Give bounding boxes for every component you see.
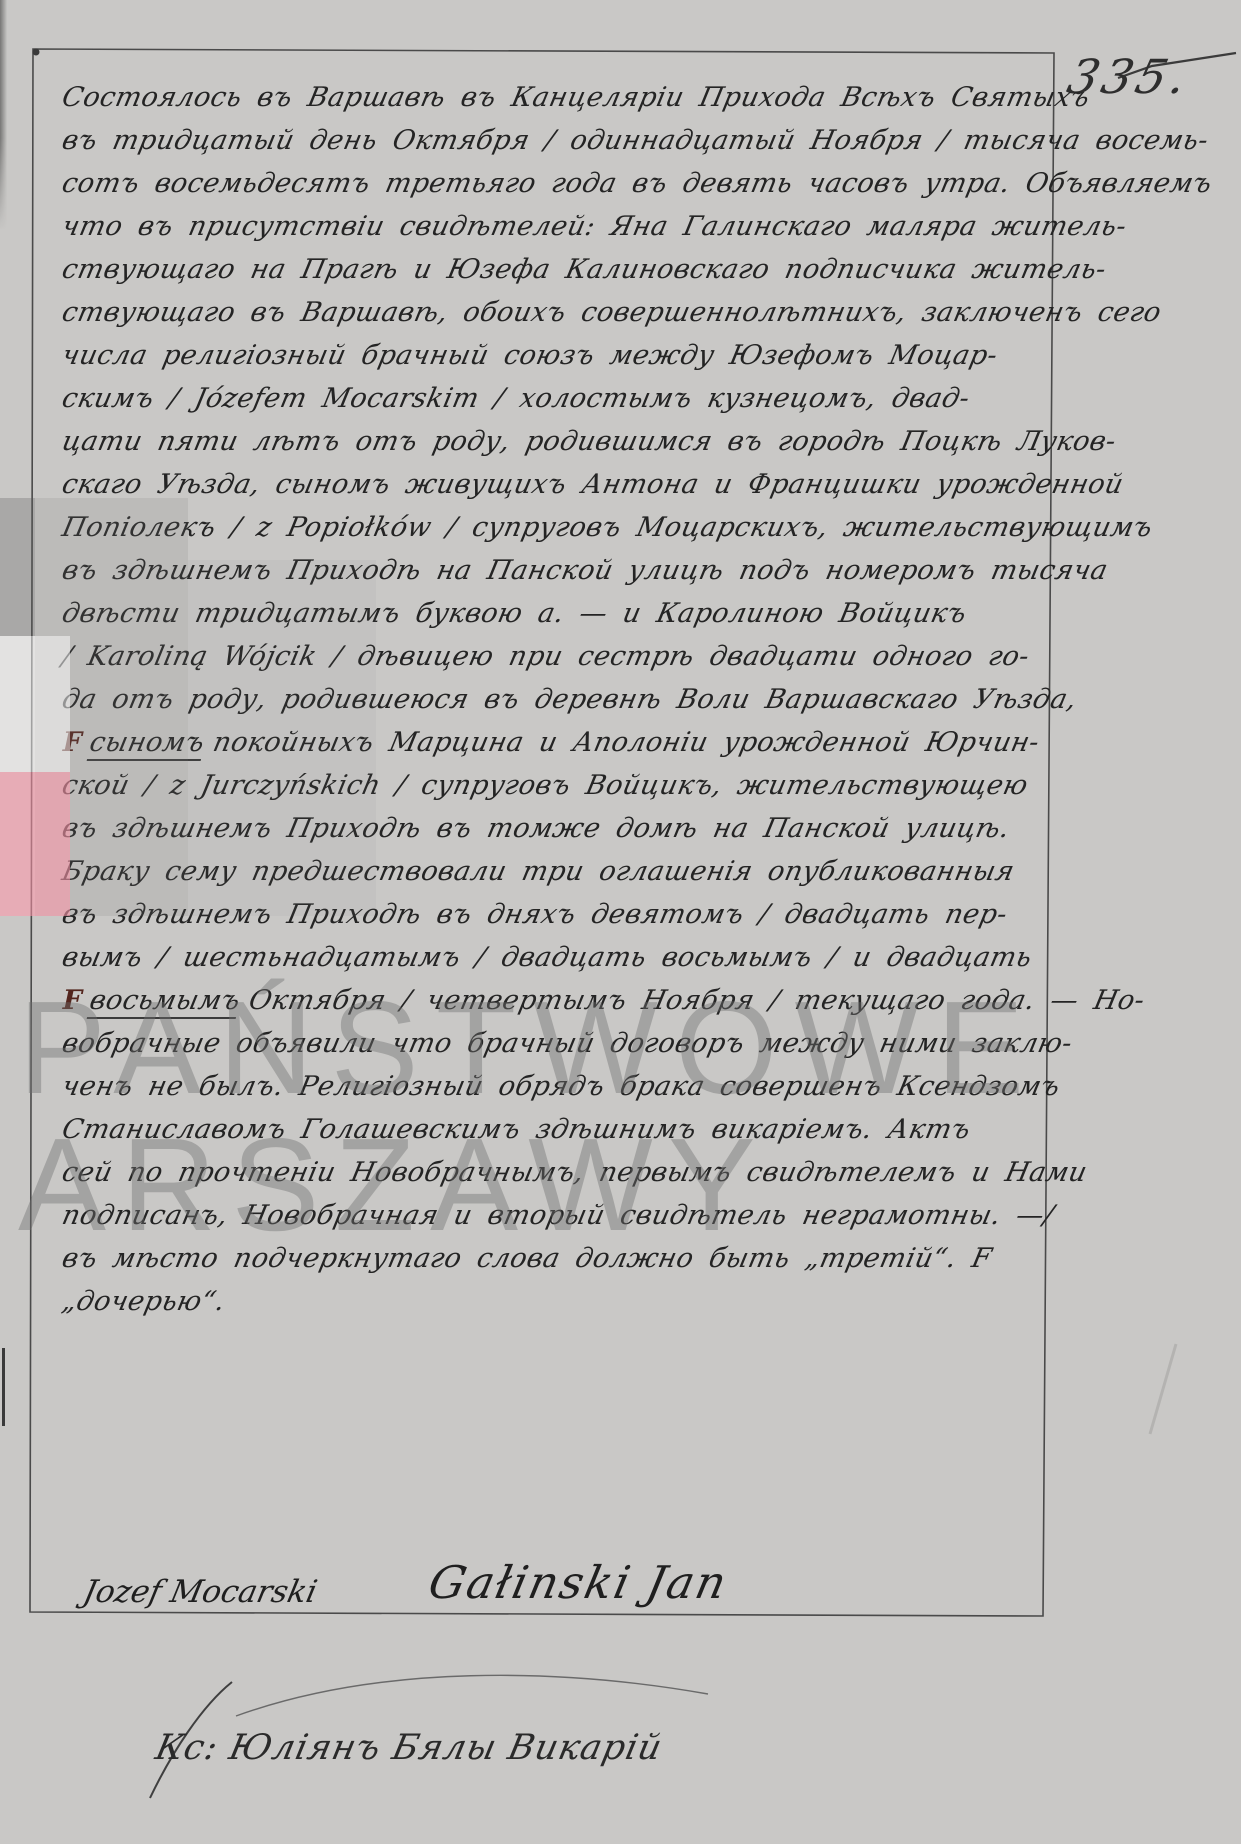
handwritten-line: въ здѣшнемъ Приходѣ въ дняхъ девятомъ / … bbox=[58, 893, 1067, 936]
handwritten-line: числа религіозный брачный союзъ между Юз… bbox=[58, 334, 1067, 377]
signature-groom: Jozef Mocarski bbox=[80, 1574, 320, 1610]
handwritten-line: въ тридцатый день Октября / одиннадцатый… bbox=[58, 119, 1067, 162]
handwritten-line: да отъ роду, родившеюся въ деревнѣ Воли … bbox=[58, 678, 1067, 721]
handwritten-line: Попіолекъ / z Popiołków / супруговъ Моца… bbox=[58, 506, 1067, 549]
handwritten-line: скаго Уѣзда, сыномъ живущихъ Антона и Фр… bbox=[58, 463, 1067, 506]
handwritten-line: Браку сему предшествовали три оглашенія … bbox=[58, 850, 1067, 893]
underlined-word: сыномъ bbox=[86, 727, 207, 761]
record-body: Состоялось въ Варшавѣ въ Канцеляріи Прих… bbox=[58, 76, 1058, 1323]
handwritten-line: ской / z Jurczyńskich / супруговъ Войцик… bbox=[58, 764, 1067, 807]
handwritten-line: ствующаго въ Варшавѣ, обоихъ совершеннол… bbox=[58, 291, 1067, 334]
annotation-flourish bbox=[236, 1675, 708, 1716]
handwritten-line: въ здѣшнемъ Приходѣ въ томже домѣ на Пан… bbox=[58, 807, 1067, 850]
handwritten-line: ствующаго на Прагѣ и Юзефа Калиновскаго … bbox=[58, 248, 1067, 291]
correction-caret: F bbox=[59, 985, 85, 1016]
handwritten-line: вымъ / шестьнадцатымъ / двадцать восьмым… bbox=[58, 936, 1067, 979]
handwritten-line-with-correction: FвосьмымъОктября / четвертымъ Ноября / т… bbox=[58, 979, 1067, 1022]
left-edge-ink-mark bbox=[2, 1348, 5, 1426]
handwritten-line: ченъ не былъ. Религіозный обрядъ брака с… bbox=[58, 1065, 1067, 1108]
handwritten-line: / Karoliną Wójcik / дѣвицею при сестрѣ д… bbox=[58, 635, 1067, 678]
frame-corner-ink-blot bbox=[33, 49, 40, 56]
line-text: покойныхъ Марцина и Аполоніи урожденной … bbox=[210, 727, 1042, 758]
handwritten-line: что въ присутствіи свидѣтелей: Яна Галин… bbox=[58, 205, 1067, 248]
handwritten-line: подписанъ, Новобрачная и вторый свидѣтел… bbox=[58, 1194, 1067, 1237]
signature-witness: Gałinski Jan bbox=[424, 1556, 733, 1609]
handwritten-line: Станиславомъ Голашевскимъ здѣшнимъ викар… bbox=[58, 1108, 1067, 1151]
handwritten-line: скимъ / Józefem Mocarskim / холостымъ ку… bbox=[58, 377, 1067, 420]
handwritten-line: „дочерью“. bbox=[58, 1280, 1067, 1323]
handwritten-line: сей по прочтеніи Новобрачнымъ, первымъ с… bbox=[58, 1151, 1067, 1194]
paper-scratch bbox=[1150, 1344, 1176, 1434]
correction-caret: F bbox=[59, 727, 85, 758]
handwritten-line: двѣсти тридцатымъ буквою а. — и Каролино… bbox=[58, 592, 1067, 635]
document-scan: PAŃSTWOWE ARSZAWY 335. Состоялось въ Вар… bbox=[0, 0, 1241, 1844]
handwritten-line: вобрачные объявили что брачный договоръ … bbox=[58, 1022, 1067, 1065]
handwritten-line: Состоялось въ Варшавѣ въ Канцеляріи Прих… bbox=[58, 76, 1067, 119]
handwritten-line: въ мѣсто подчеркнутаго слова должно быть… bbox=[58, 1237, 1067, 1280]
handwritten-line: цати пяти лѣтъ отъ роду, родившимся въ г… bbox=[58, 420, 1067, 463]
handwritten-line-with-correction: Fсыномъпокойныхъ Марцина и Аполоніи урож… bbox=[58, 721, 1067, 764]
line-text: Октября / четвертымъ Ноября / текущаго г… bbox=[246, 985, 1147, 1016]
handwritten-line: въ здѣшнемъ Приходѣ на Панской улицѣ под… bbox=[58, 549, 1067, 592]
handwritten-line: сотъ восемьдесятъ третьяго года въ девят… bbox=[58, 162, 1067, 205]
vicar-annotation: Кс: Юліянъ Бялы Викарій bbox=[152, 1728, 666, 1768]
underlined-word: восьмымъ bbox=[86, 985, 243, 1019]
